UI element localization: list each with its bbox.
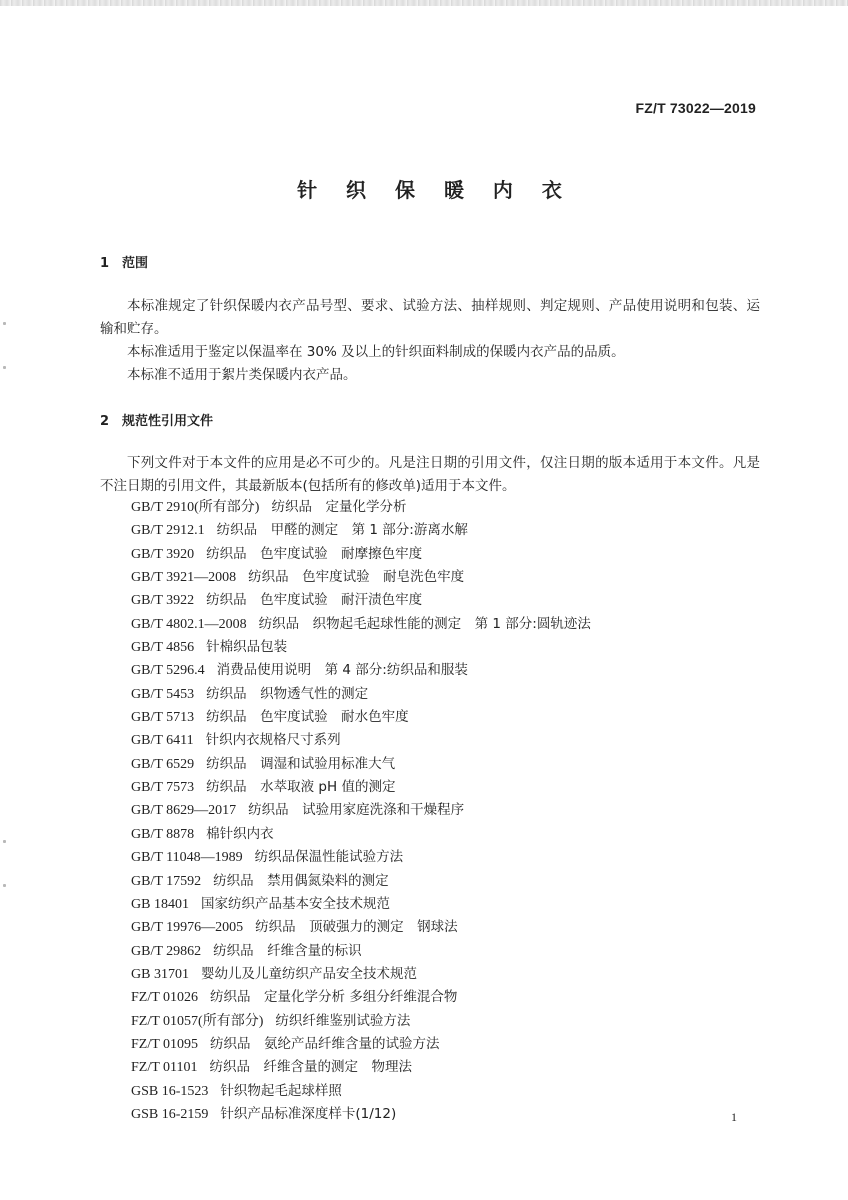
reference-code: FZ/T 01057(所有部分) — [131, 1014, 263, 1029]
scan-speck — [3, 840, 6, 843]
reference-item: GB 18401国家纺织产品基本安全技术规范 — [131, 893, 591, 916]
reference-title: 纺织品 织物透气性的测定 — [206, 686, 368, 702]
section-number: 2 — [100, 414, 122, 429]
section-number: 1 — [100, 256, 122, 271]
reference-item: GB/T 7573纺织品 水萃取液 pH 值的测定 — [131, 776, 591, 799]
reference-title: 纺织品 定量化学分析 — [271, 499, 406, 515]
reference-title: 纺织品 色牢度试验 耐摩擦色牢度 — [206, 546, 422, 562]
references-intro-paragraph: 下列文件对于本文件的应用是必不可少的。凡是注日期的引用文件，仅注日期的版本适用于… — [100, 452, 760, 498]
reference-title: 纺织品 定量化学分析 多组分纤维混合物 — [210, 989, 457, 1005]
document-title: 针 织 保 暖 内 衣 — [0, 174, 848, 203]
scope-paragraph-1: 本标准规定了针织保暖内衣产品号型、要求、试验方法、抽样规则、判定规则、产品使用说… — [100, 295, 760, 341]
reference-item: FZ/T 01026纺织品 定量化学分析 多组分纤维混合物 — [131, 986, 591, 1009]
reference-item: GB/T 11048—1989纺织品保温性能试验方法 — [131, 846, 591, 869]
reference-code: GB/T 8878 — [131, 827, 194, 842]
reference-code: GB/T 5296.4 — [131, 663, 205, 678]
reference-item: GB/T 5296.4消费品使用说明 第 4 部分:纺织品和服装 — [131, 659, 591, 682]
reference-title: 纺织品 色牢度试验 耐汗渍色牢度 — [206, 592, 422, 608]
section-title: 范围 — [122, 256, 148, 271]
reference-code: GB/T 11048—1989 — [131, 850, 243, 865]
reference-item: FZ/T 01057(所有部分)纺织纤维鉴别试验方法 — [131, 1010, 591, 1033]
scan-speck — [3, 884, 6, 887]
reference-code: GSB 16-1523 — [131, 1084, 208, 1099]
reference-item: GB 31701婴幼儿及儿童纺织产品安全技术规范 — [131, 963, 591, 986]
reference-code: GB/T 2910(所有部分) — [131, 500, 259, 515]
reference-title: 棉针织内衣 — [206, 826, 274, 842]
reference-code: GSB 16-2159 — [131, 1107, 208, 1122]
standard-code: FZ/T 73022—2019 — [635, 100, 756, 116]
reference-item: GB/T 4802.1—2008纺织品 织物起毛起球性能的测定 第 1 部分:圆… — [131, 613, 591, 636]
reference-title: 婴幼儿及儿童纺织产品安全技术规范 — [201, 966, 417, 982]
reference-title: 纺织纤维鉴别试验方法 — [275, 1013, 410, 1029]
reference-title: 纺织品 织物起毛起球性能的测定 第 1 部分:圆轨迹法 — [259, 616, 591, 632]
reference-item: GB/T 2912.1纺织品 甲醛的测定 第 1 部分:游离水解 — [131, 519, 591, 542]
reference-code: GB/T 3922 — [131, 593, 194, 608]
reference-item: GB/T 3920纺织品 色牢度试验 耐摩擦色牢度 — [131, 543, 591, 566]
reference-code: GB/T 6529 — [131, 757, 194, 772]
reference-item: GB/T 5713纺织品 色牢度试验 耐水色牢度 — [131, 706, 591, 729]
reference-code: GB/T 19976—2005 — [131, 920, 243, 935]
reference-code: GB/T 29862 — [131, 944, 201, 959]
reference-item: GB/T 4856针棉织品包装 — [131, 636, 591, 659]
reference-item: GB/T 3921—2008纺织品 色牢度试验 耐皂洗色牢度 — [131, 566, 591, 589]
reference-item: FZ/T 01095纺织品 氨纶产品纤维含量的试验方法 — [131, 1033, 591, 1056]
reference-item: GB/T 6411针织内衣规格尺寸系列 — [131, 729, 591, 752]
reference-title: 纺织品 氨纶产品纤维含量的试验方法 — [210, 1036, 440, 1052]
scan-edge-artifact — [0, 0, 848, 6]
scan-speck — [3, 366, 6, 369]
reference-list: GB/T 2910(所有部分)纺织品 定量化学分析 GB/T 2912.1纺织品… — [131, 496, 591, 1126]
reference-item: FZ/T 01101纺织品 纤维含量的测定 物理法 — [131, 1056, 591, 1079]
reference-title: 针棉织品包装 — [206, 639, 287, 655]
reference-item: GB/T 17592纺织品 禁用偶氮染料的测定 — [131, 870, 591, 893]
reference-title: 针织物起毛起球样照 — [220, 1083, 342, 1099]
reference-title: 纺织品 调湿和试验用标准大气 — [206, 756, 395, 772]
reference-code: GB/T 17592 — [131, 874, 201, 889]
reference-title: 纺织品 水萃取液 pH 值的测定 — [206, 779, 395, 795]
reference-title: 纺织品 色牢度试验 耐水色牢度 — [206, 709, 409, 725]
reference-item: GB/T 3922纺织品 色牢度试验 耐汗渍色牢度 — [131, 589, 591, 612]
reference-code: GB/T 3921—2008 — [131, 570, 236, 585]
reference-code: FZ/T 01095 — [131, 1037, 198, 1052]
reference-title: 纺织品 顶破强力的测定 钢球法 — [255, 919, 458, 935]
reference-code: GB 18401 — [131, 897, 189, 912]
reference-code: GB/T 6411 — [131, 733, 194, 748]
reference-title: 纺织品 纤维含量的测定 物理法 — [210, 1059, 413, 1075]
reference-code: FZ/T 01101 — [131, 1060, 198, 1075]
reference-code: FZ/T 01026 — [131, 990, 198, 1005]
reference-item: GB/T 19976—2005纺织品 顶破强力的测定 钢球法 — [131, 916, 591, 939]
reference-title: 纺织品保温性能试验方法 — [255, 849, 404, 865]
reference-item: GSB 16-1523针织物起毛起球样照 — [131, 1080, 591, 1103]
reference-code: GB/T 7573 — [131, 780, 194, 795]
section-heading-scope: 1范围 — [100, 252, 148, 271]
reference-title: 纺织品 禁用偶氮染料的测定 — [213, 873, 389, 889]
reference-title: 国家纺织产品基本安全技术规范 — [201, 896, 390, 912]
reference-title: 纺织品 色牢度试验 耐皂洗色牢度 — [248, 569, 464, 585]
reference-code: GB/T 8629—2017 — [131, 803, 236, 818]
reference-code: GB/T 3920 — [131, 547, 194, 562]
reference-code: GB/T 2912.1 — [131, 523, 205, 538]
scan-speck — [3, 322, 6, 325]
page-number: 1 — [731, 1110, 737, 1125]
reference-code: GB 31701 — [131, 967, 189, 982]
scope-paragraph-2: 本标准适用于鉴定以保温率在 30% 及以上的针织面料制成的保暖内衣产品的品质。 — [100, 341, 760, 364]
section-heading-normative-references: 2规范性引用文件 — [100, 410, 213, 429]
reference-item: GSB 16-2159针织产品标准深度样卡(1/12) — [131, 1103, 591, 1126]
reference-title: 纺织品 纤维含量的标识 — [213, 943, 362, 959]
reference-item: GB/T 29862纺织品 纤维含量的标识 — [131, 940, 591, 963]
reference-code: GB/T 4856 — [131, 640, 194, 655]
reference-item: GB/T 8629—2017纺织品 试验用家庭洗涤和干燥程序 — [131, 799, 591, 822]
reference-item: GB/T 2910(所有部分)纺织品 定量化学分析 — [131, 496, 591, 519]
reference-code: GB/T 4802.1—2008 — [131, 617, 247, 632]
reference-title: 针织内衣规格尺寸系列 — [206, 732, 341, 748]
reference-item: GB/T 8878棉针织内衣 — [131, 823, 591, 846]
reference-title: 消费品使用说明 第 4 部分:纺织品和服装 — [217, 662, 468, 678]
reference-title: 纺织品 甲醛的测定 第 1 部分:游离水解 — [217, 522, 468, 538]
section-title: 规范性引用文件 — [122, 414, 213, 429]
reference-code: GB/T 5713 — [131, 710, 194, 725]
scope-paragraph-3: 本标准不适用于絮片类保暖内衣产品。 — [100, 364, 760, 387]
reference-title: 纺织品 试验用家庭洗涤和干燥程序 — [248, 802, 464, 818]
reference-item: GB/T 5453纺织品 织物透气性的测定 — [131, 683, 591, 706]
reference-title: 针织产品标准深度样卡(1/12) — [220, 1106, 396, 1122]
reference-item: GB/T 6529纺织品 调湿和试验用标准大气 — [131, 753, 591, 776]
reference-code: GB/T 5453 — [131, 687, 194, 702]
